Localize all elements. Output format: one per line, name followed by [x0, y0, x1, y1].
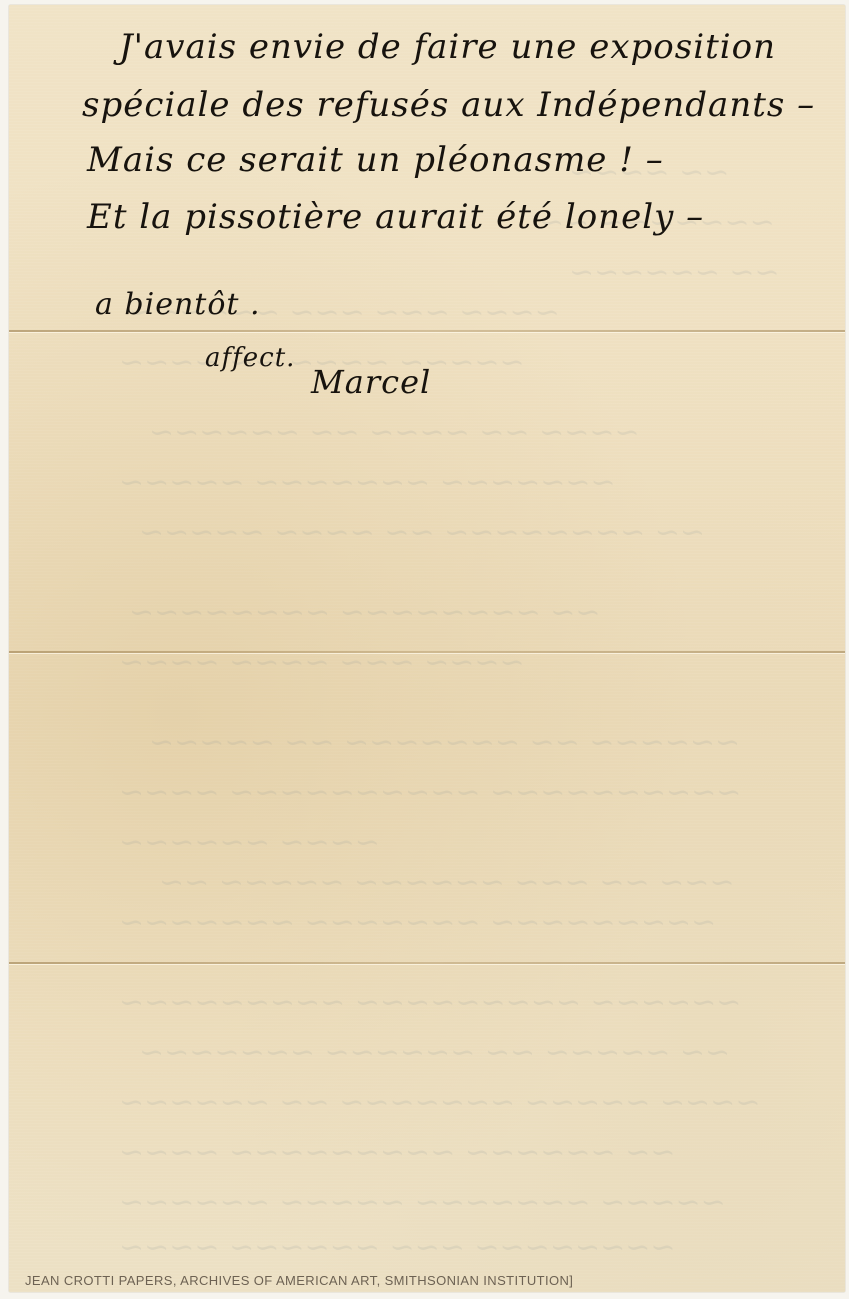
letter-line-3: Mais ce serait un pléonasme ! –	[87, 140, 664, 180]
signoff-affect: affect.	[205, 343, 295, 373]
closing-line: a bientôt .	[95, 287, 261, 322]
signature: Marcel	[311, 363, 431, 401]
fold-line-1	[9, 330, 845, 332]
letter-line-2: spéciale des refusés aux Indépendants –	[82, 85, 815, 125]
archive-caption: JEAN CROTTI PAPERS, ARCHIVES OF AMERICAN…	[25, 1273, 573, 1288]
letter-sheet: ~~ ~~~~ ~~~~~~~ ~~ ~~ ~~~~~~ ~~~~ ~~~ ~~…	[9, 5, 845, 1292]
fold-line-2	[9, 651, 845, 653]
fold-line-3	[9, 962, 845, 964]
letter-line-1: J'avais envie de faire une exposition	[119, 27, 776, 67]
letter-line-4: Et la pissotière aurait été lonely –	[87, 197, 704, 237]
